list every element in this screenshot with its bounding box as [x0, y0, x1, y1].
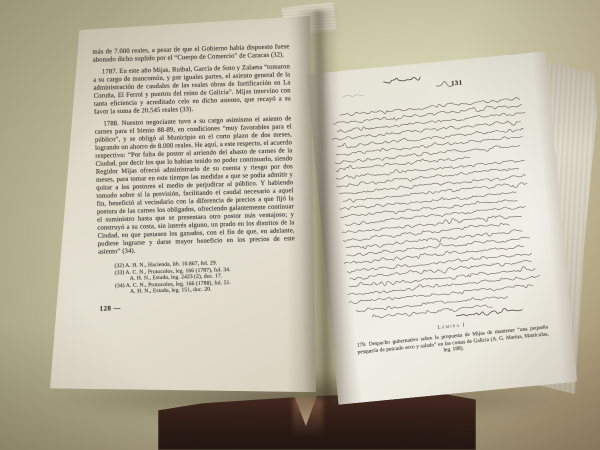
left-page: más de 7.000 reales, a pesar de que el G… [34, 12, 318, 396]
paragraph-1787: 1787. En este año Mijas, Ruibal, García … [93, 63, 291, 116]
cover-gutter-highlight [293, 398, 323, 446]
folio-stamp: 131 [451, 79, 463, 87]
footnotes-block: (32) A. H. N., Hacienda, lib. 10.867, fo… [114, 258, 296, 296]
photo-of-open-book: más de 7.000 reales, a pesar de que el G… [0, 0, 600, 450]
gutter-shadow [295, 10, 347, 403]
printed-text-block: más de 7.000 reales, a pesar de que el G… [92, 43, 296, 312]
paragraph: más de 7.000 reales, a pesar de que el G… [92, 43, 289, 64]
paragraph-1788: 1788. Nuestro negociante tuvo a su cargo… [94, 115, 295, 256]
photo-layers: más de 7.000 reales, a pesar de que el G… [0, 0, 600, 450]
right-page: 131 Lámina I 179. Despacho gubernativo s… [307, 51, 578, 404]
page-number: 128 — [100, 299, 297, 312]
